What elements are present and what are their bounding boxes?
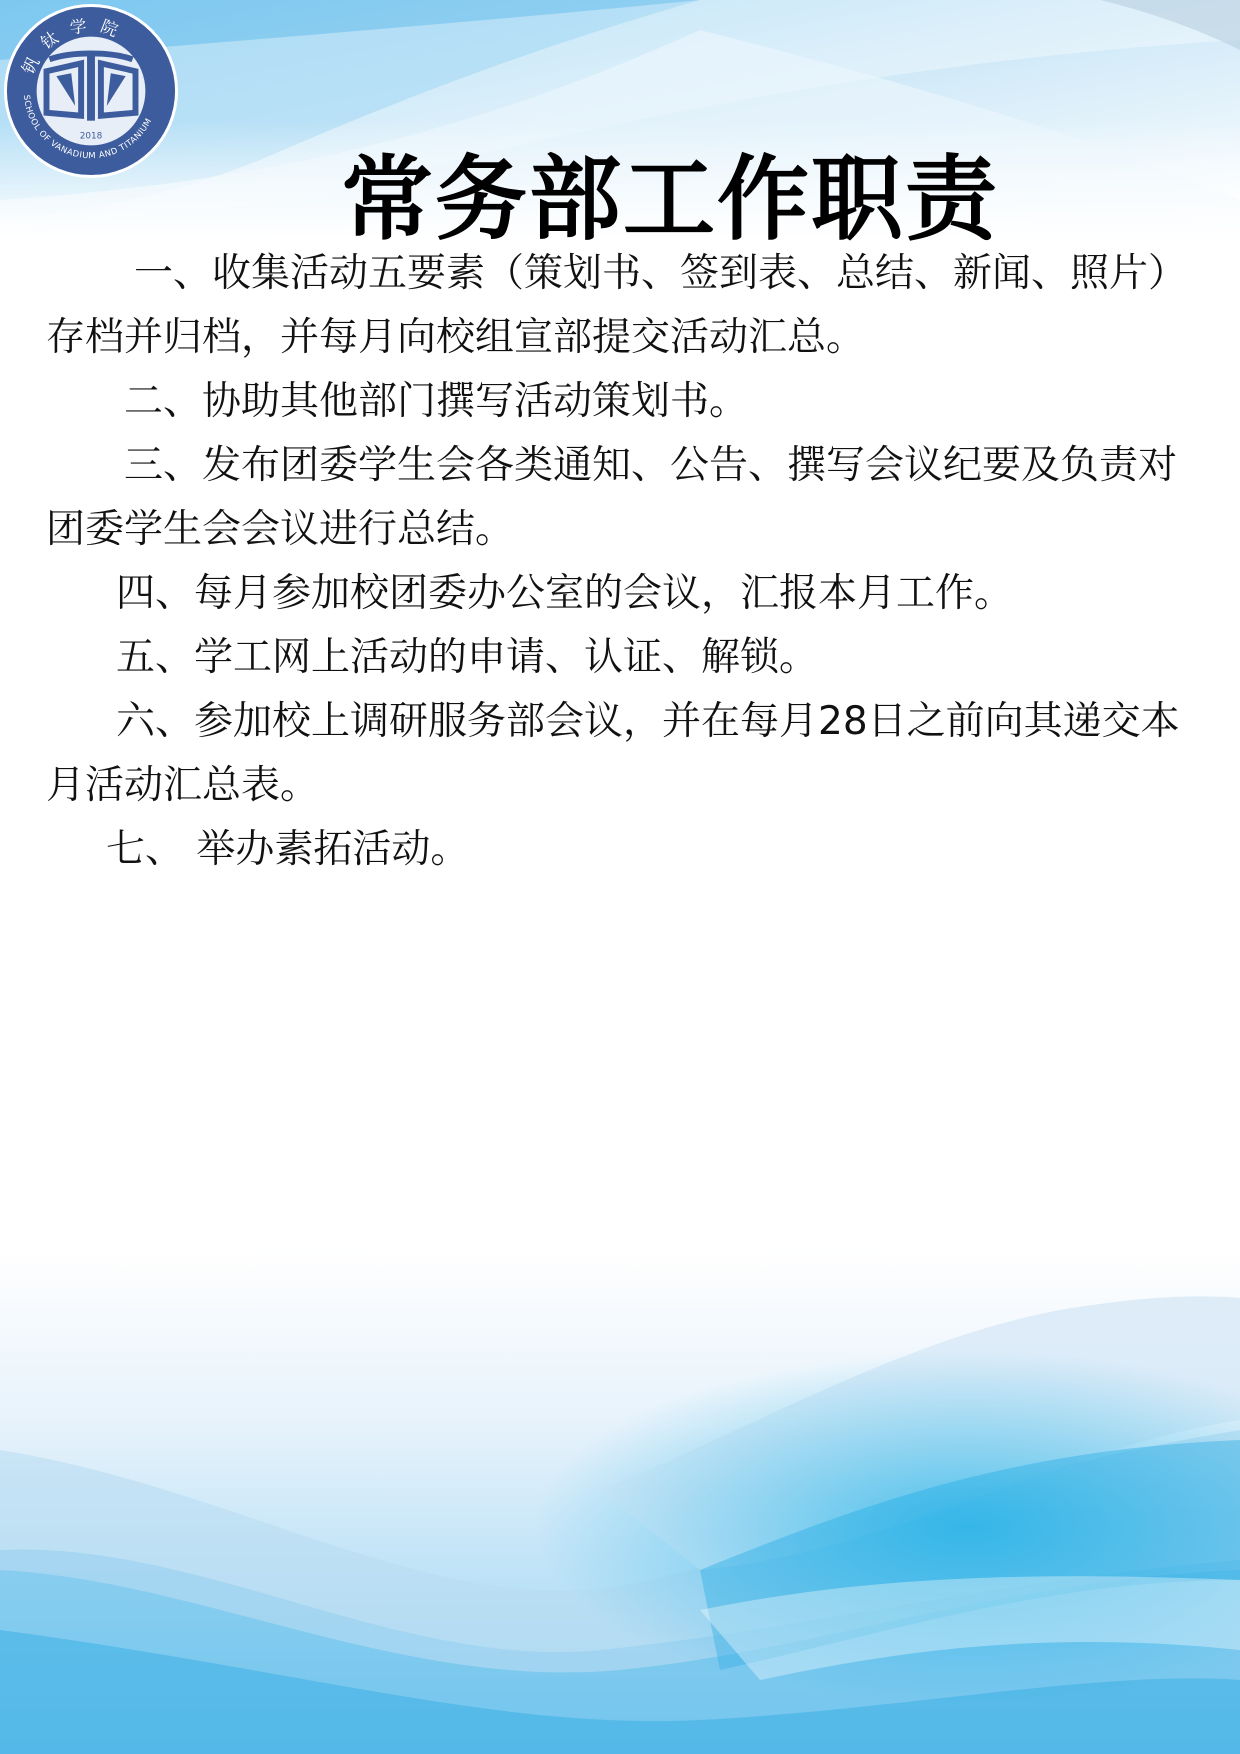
page-title: 常务部工作职责: [0, 144, 1240, 254]
svg-text:2018: 2018: [80, 131, 103, 141]
duty-item-2: 二、协助其他部门撰写活动策划书。: [46, 370, 1211, 434]
duty-item-5: 五、学工网上活动的申请、认证、解锁。: [46, 626, 1211, 690]
duties-list: 一、收集活动五要素（策划书、签到表、总结、新闻、照片）存档并归档，并每月向校组宣…: [46, 242, 1211, 882]
bottom-wave-background: [0, 1250, 1240, 1754]
duty-item-1: 一、收集活动五要素（策划书、签到表、总结、新闻、照片）存档并归档，并每月向校组宣…: [46, 242, 1211, 370]
duty-item-7: 七、 举办素拓活动。: [46, 818, 1211, 882]
duty-item-4: 四、每月参加校团委办公室的会议，汇报本月工作。: [46, 562, 1211, 626]
duty-item-3: 三、发布团委学生会各类通知、公告、撰写会议纪要及负责对团委学生会会议进行总结。: [46, 434, 1211, 562]
duty-item-6: 六、参加校上调研服务部会议，并在每月28日之前向其递交本月活动汇总表。: [46, 690, 1211, 818]
